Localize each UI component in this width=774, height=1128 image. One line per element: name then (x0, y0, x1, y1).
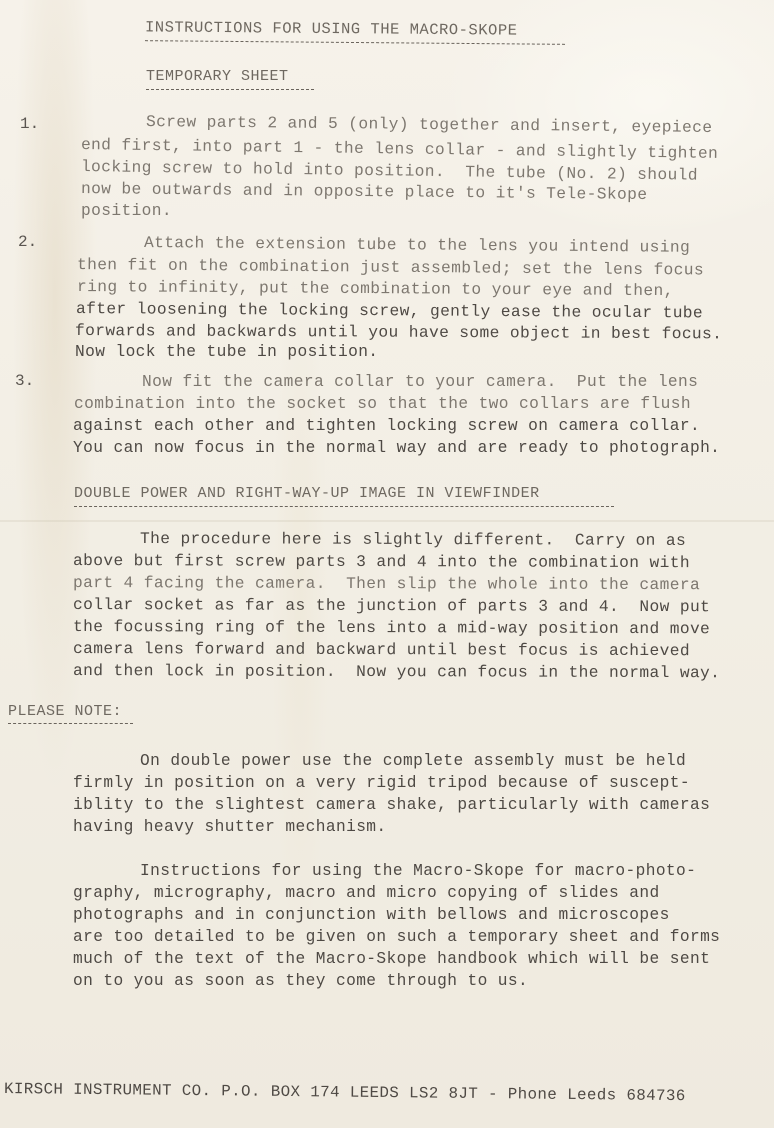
step-3-line: combination into the socket so that the … (74, 395, 691, 413)
double-power-line: The procedure here is slightly different… (140, 530, 686, 550)
document-subtitle: TEMPORARY SHEET (146, 68, 289, 85)
step-2-number: 2. (18, 233, 37, 251)
step-3-line: against each other and tighten locking s… (73, 417, 700, 435)
please-note-heading: PLEASE NOTE: (8, 703, 122, 720)
double-power-line: the focussing ring of the lens into a mi… (73, 618, 710, 638)
double-power-line: and then lock in position. Now you can f… (73, 662, 720, 682)
double-power-line: part 4 facing the camera. Then slip the … (73, 574, 700, 594)
step-2-line: Now lock the tube in position. (75, 343, 378, 361)
double-power-line: collar socket as far as the junction of … (73, 596, 710, 616)
please-note-line: on to you as soon as they come through t… (73, 972, 528, 990)
step-1-number: 1. (20, 115, 39, 133)
please-note-line: graphy, micrography, macro and micro cop… (73, 884, 660, 902)
document-title: INSTRUCTIONS FOR USING THE MACRO-SKOPE (145, 18, 518, 39)
double-power-heading: DOUBLE POWER AND RIGHT-WAY-UP IMAGE IN V… (74, 485, 540, 502)
please-note-line: firmly in position on a very rigid tripo… (73, 774, 690, 792)
subtitle-underline (146, 89, 314, 90)
please-note-underline (8, 723, 133, 724)
please-note-line: On double power use the complete assembl… (140, 752, 686, 770)
double-power-underline (74, 506, 614, 507)
paper-fold (0, 520, 774, 522)
double-power-line: camera lens forward and backward until b… (73, 640, 690, 660)
step-1-line: position. (81, 202, 172, 220)
step-3-number: 3. (15, 372, 34, 390)
please-note-line: are too detailed to be given on such a t… (73, 928, 720, 946)
step-3-line: You can now focus in the normal way and … (73, 439, 720, 457)
please-note-line: photographs and in conjunction with bell… (73, 906, 670, 924)
step-2-line: forwards and backwards until you have so… (75, 322, 722, 343)
step-3-line: Now fit the camera collar to your camera… (142, 373, 698, 391)
please-note-line: much of the text of the Macro-Skope hand… (73, 950, 710, 968)
please-note-line: iblity to the slightest camera shake, pa… (73, 796, 710, 814)
please-note-line: Instructions for using the Macro-Skope f… (140, 862, 696, 880)
please-note-line: having heavy shutter mechanism. (73, 818, 387, 836)
double-power-line: above but first screw parts 3 and 4 into… (73, 552, 690, 572)
